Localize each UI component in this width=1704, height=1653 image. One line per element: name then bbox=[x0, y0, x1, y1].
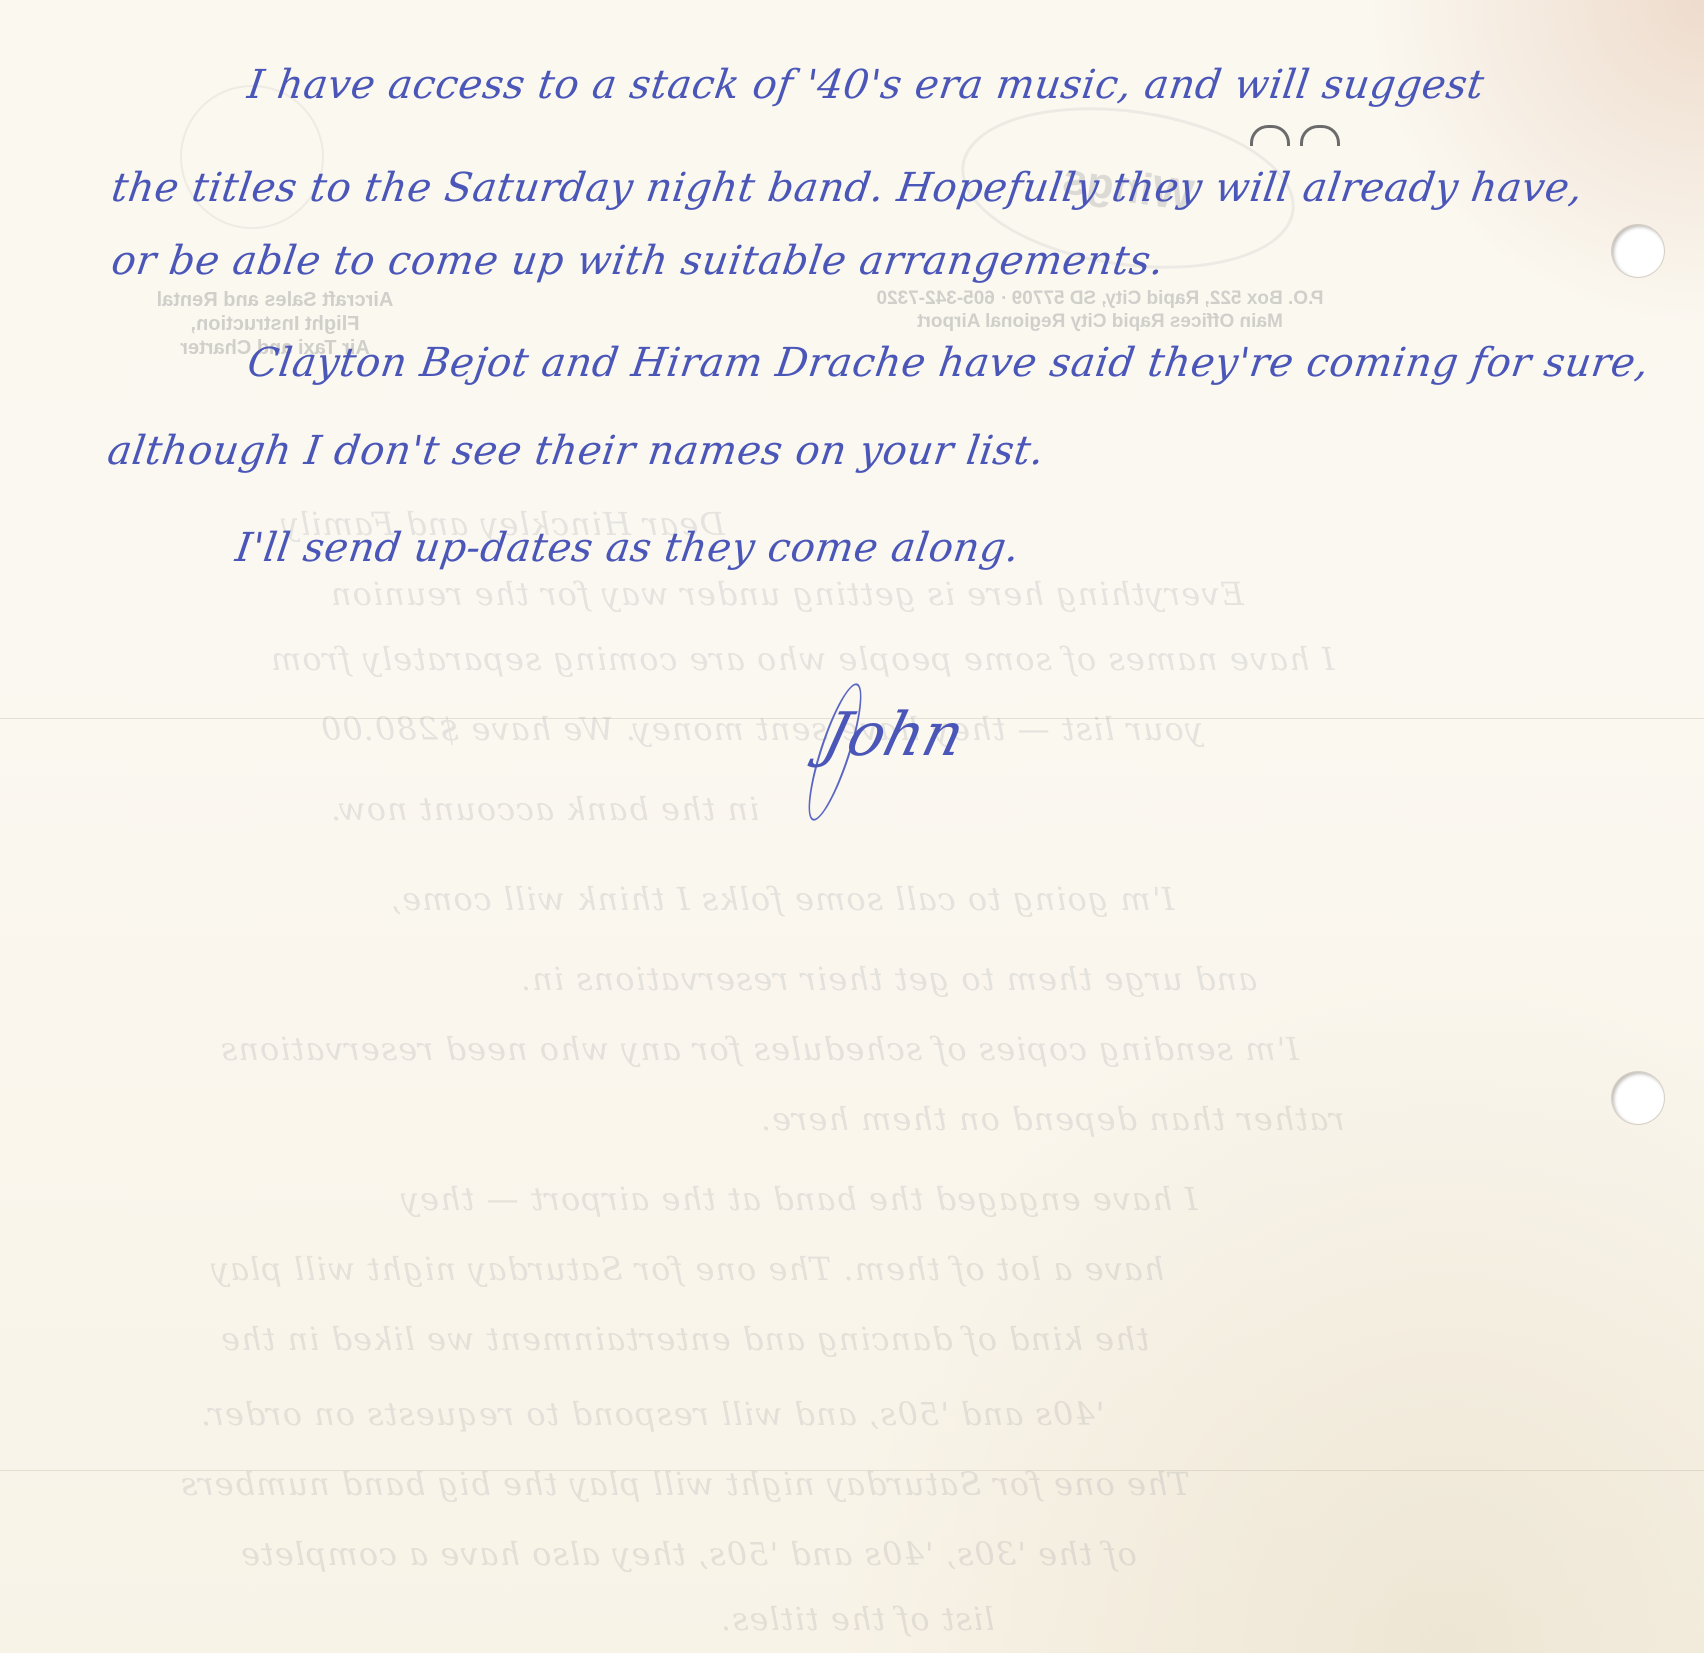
ghost-line: I have engaged the band at the airport —… bbox=[400, 1180, 1197, 1218]
ghost-line: your list — they have sent money. We hav… bbox=[320, 710, 1203, 748]
letterhead-address-show-through: P.O. Box 522, Rapid City, SD 57709 · 605… bbox=[780, 288, 1420, 334]
signature: John bbox=[816, 700, 971, 770]
punched-hole bbox=[1612, 225, 1664, 277]
ghost-line: The one for Saturday night will play the… bbox=[180, 1465, 1190, 1503]
handwritten-line: Clayton Bejot and Hiram Drache have said… bbox=[245, 340, 1652, 386]
handwritten-line: or be able to come up with suitable arra… bbox=[109, 238, 1167, 284]
ghost-line: Everything here is getting under way for… bbox=[330, 575, 1244, 613]
handwritten-line: although I don't see their names on your… bbox=[105, 428, 1048, 474]
letter-page: Wings Aircraft Sales and Rental Flight I… bbox=[0, 0, 1704, 1653]
ghost-line: have a lot of them. The one for Saturday… bbox=[210, 1250, 1164, 1288]
ghost-line: I have names of some people who are comi… bbox=[270, 640, 1334, 678]
ghost-line: rather than depend on them here. bbox=[760, 1100, 1345, 1138]
handwritten-line: I'll send up-dates as they come along. bbox=[233, 525, 1023, 571]
handwritten-line: I have access to a stack of '40's era mu… bbox=[245, 62, 1487, 108]
ghost-line: in the bank account now. bbox=[330, 790, 759, 828]
staple-mark bbox=[1250, 125, 1290, 146]
ghost-line: and urge them to get their reservations … bbox=[520, 960, 1257, 998]
handwritten-line: the titles to the Saturday night band. H… bbox=[109, 165, 1586, 211]
ghost-line: I'm going to call some folks I think wil… bbox=[390, 880, 1174, 918]
ghost-line: I'm sending copies of schedules for any … bbox=[220, 1030, 1299, 1068]
ghost-line: of the '30s, '40s and '50s, they also ha… bbox=[240, 1535, 1137, 1573]
punched-hole bbox=[1612, 1072, 1664, 1124]
staple-mark bbox=[1300, 125, 1340, 146]
ghost-line: list of the titles. bbox=[720, 1600, 995, 1638]
ghost-line: the kind of dancing and entertainment we… bbox=[220, 1320, 1149, 1358]
ghost-line: '40s and '50s, and will respond to reque… bbox=[200, 1395, 1104, 1433]
